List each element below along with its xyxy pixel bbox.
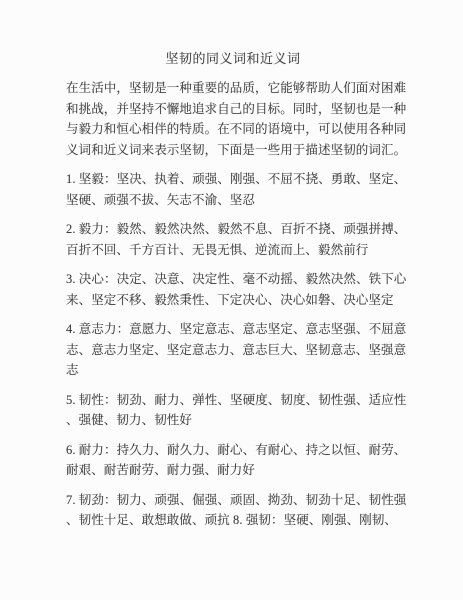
document-page: 坚韧的同义词和近义词 在生活中，坚韧是一种重要的品质，它能够帮助人们面对困难和挑… bbox=[0, 0, 463, 600]
text-line: 、韧性十足、敢想敢做、顽抗 8. 强韧：坚硬、刚强、刚韧、 bbox=[66, 510, 402, 531]
text-line: 在生活中，坚韧是一种重要的品质，它能够帮助人们面对困难 bbox=[66, 78, 402, 99]
text-line: 、强健、韧力、韧性好 bbox=[66, 410, 402, 431]
text-line: 1. 坚毅：坚决、执着、顽强、刚强、不屈不挠、勇敢、坚定、 bbox=[66, 169, 402, 190]
synonym-item-naili: 6. 耐力：持久力、耐久力、耐心、有耐心、持之以恒、耐劳、耐艰、耐苦耐劳、耐力强… bbox=[66, 440, 402, 481]
text-line: 3. 决心：决定、决意、决定性、毫不动摇、毅然决然、铁下心 bbox=[66, 269, 402, 290]
synonym-item-yizhili: 4. 意志力：意愿力、坚定意志、意志坚定、意志坚强、不屈意志、意志力坚定、坚定意… bbox=[66, 319, 402, 381]
text-line: 坚硬、顽强不拔、矢志不渝、坚忍 bbox=[66, 190, 402, 211]
text-line: 耐艰、耐苦耐劳、耐力强、耐力好 bbox=[66, 460, 402, 481]
text-line: 和挑战，并坚持不懈地追求自己的目标。同时，坚韧也是一种 bbox=[66, 99, 402, 120]
synonym-item-renxing: 5. 韧性：韧劲、耐力、弹性、坚硬度、韧度、韧性强、适应性、强健、韧力、韧性好 bbox=[66, 390, 402, 431]
synonym-item-yili: 2. 毅力：毅然、毅然决然、毅然不息、百折不挠、顽强拼搏、百折不回、千方百计、无… bbox=[66, 219, 402, 260]
synonym-item-juexin: 3. 决心：决定、决意、决定性、毫不动摇、毅然决然、铁下心来、坚定不移、毅然秉性… bbox=[66, 269, 402, 310]
text-line: 志、意志力坚定、坚定意志力、意志巨大、坚韧意志、坚强意 bbox=[66, 340, 402, 361]
document-title: 坚韧的同义词和近义词 bbox=[66, 49, 400, 69]
text-line: 百折不回、千方百计、无畏无惧、逆流而上、毅然前行 bbox=[66, 240, 402, 261]
synonym-item-renjin: 7. 韧劲：韧力、顽强、倔强、顽固、拗劲、韧劲十足、韧性强、韧性十足、敢想敢做、… bbox=[66, 490, 402, 531]
text-line: 2. 毅力：毅然、毅然决然、毅然不息、百折不挠、顽强拼搏、 bbox=[66, 219, 402, 240]
intro-paragraph: 在生活中，坚韧是一种重要的品质，它能够帮助人们面对困难和挑战，并坚持不懈地追求自… bbox=[66, 78, 402, 160]
text-line: 来、坚定不移、毅然秉性、下定决心、决心如磐、决心坚定 bbox=[66, 290, 402, 311]
text-line: 义词和近义词来表示坚韧，下面是一些用于描述坚韧的词汇。 bbox=[66, 140, 402, 161]
text-line: 与毅力和恒心相伴的特质。在不同的语境中，可以使用各种同 bbox=[66, 119, 402, 140]
text-line: 6. 耐力：持久力、耐久力、耐心、有耐心、持之以恒、耐劳、 bbox=[66, 440, 402, 461]
text-line: 志 bbox=[66, 360, 402, 381]
text-line: 4. 意志力：意愿力、坚定意志、意志坚定、意志坚强、不屈意 bbox=[66, 319, 402, 340]
text-line: 5. 韧性：韧劲、耐力、弹性、坚硬度、韧度、韧性强、适应性 bbox=[66, 390, 402, 411]
text-line: 7. 韧劲：韧力、顽强、倔强、顽固、拗劲、韧劲十足、韧性强 bbox=[66, 490, 402, 511]
synonym-item-jianyi: 1. 坚毅：坚决、执着、顽强、刚强、不屈不挠、勇敢、坚定、坚硬、顽强不拔、矢志不… bbox=[66, 169, 402, 210]
